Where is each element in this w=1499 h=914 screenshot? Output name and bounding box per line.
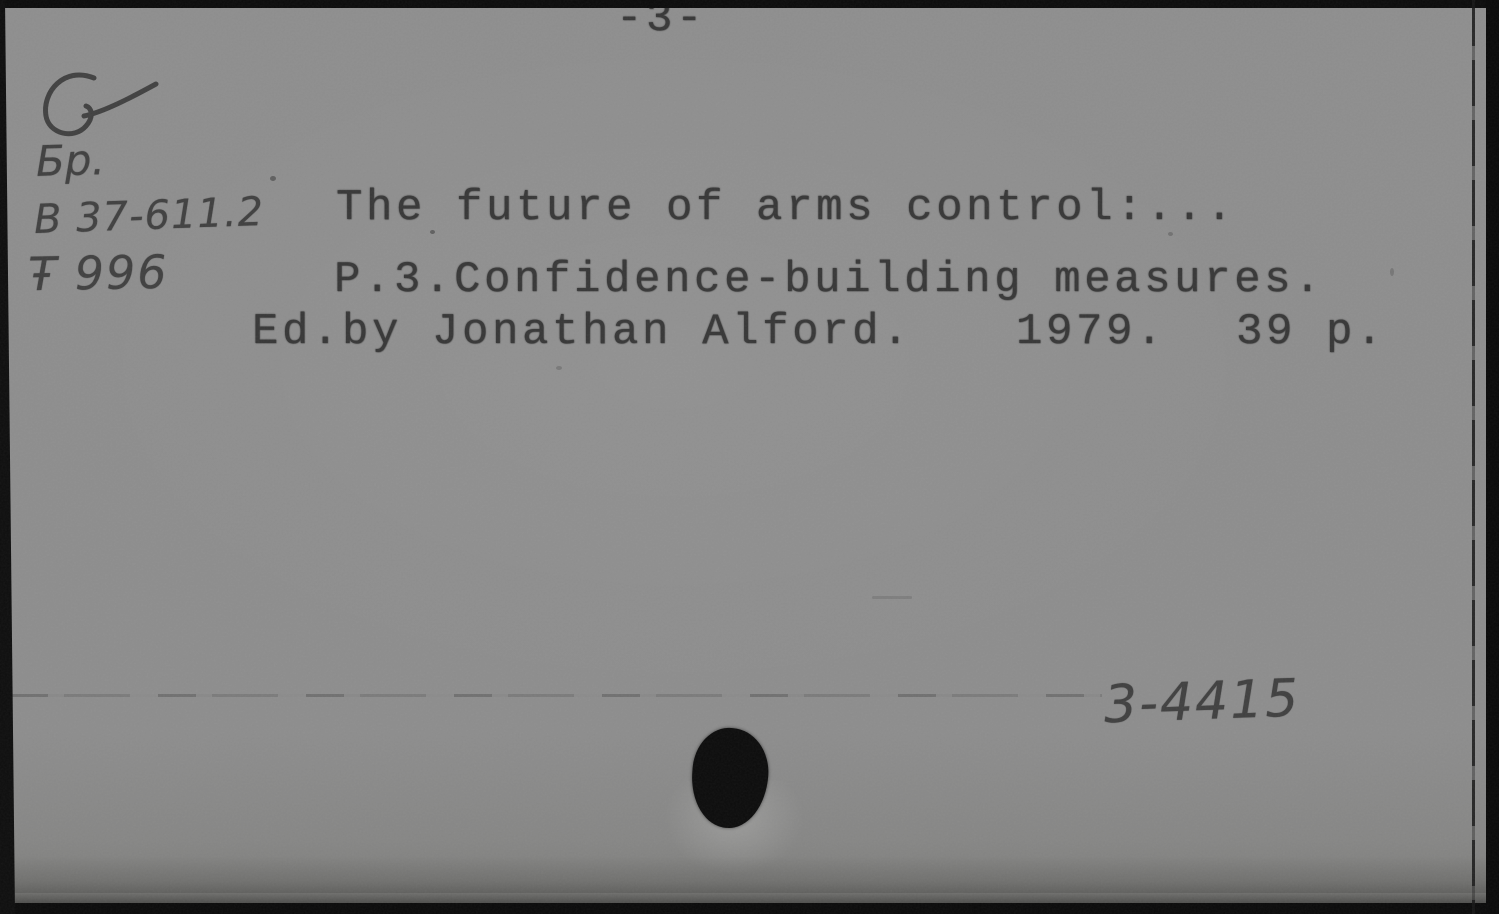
scan-smudge <box>872 596 912 599</box>
right-black-border <box>1486 0 1499 914</box>
scan-speck <box>1390 268 1394 276</box>
pagination: 39 p. <box>1236 310 1386 354</box>
scan-speck <box>1168 232 1173 236</box>
accession-number: 3-4415 <box>1103 673 1301 732</box>
title-line: The future of arms control:... <box>336 186 1236 230</box>
part-line: P.3.Confidence-building measures. <box>334 258 1324 302</box>
format-label: Бр. <box>35 139 105 183</box>
faint-ruled-line <box>10 694 1102 697</box>
year: 1979. <box>1016 310 1166 354</box>
shelf-number: Ŧ 996 <box>28 249 169 297</box>
scan-speck <box>556 366 562 370</box>
scan-speck <box>270 176 276 181</box>
right-card-edge-line <box>1472 0 1475 914</box>
top-black-border <box>0 0 1499 8</box>
editor-line: Ed.by Jonathan Alford. <box>252 310 912 354</box>
bottom-black-border <box>0 903 1499 914</box>
call-number: В 37-611.2 <box>33 192 264 240</box>
scan-speck <box>430 230 435 234</box>
